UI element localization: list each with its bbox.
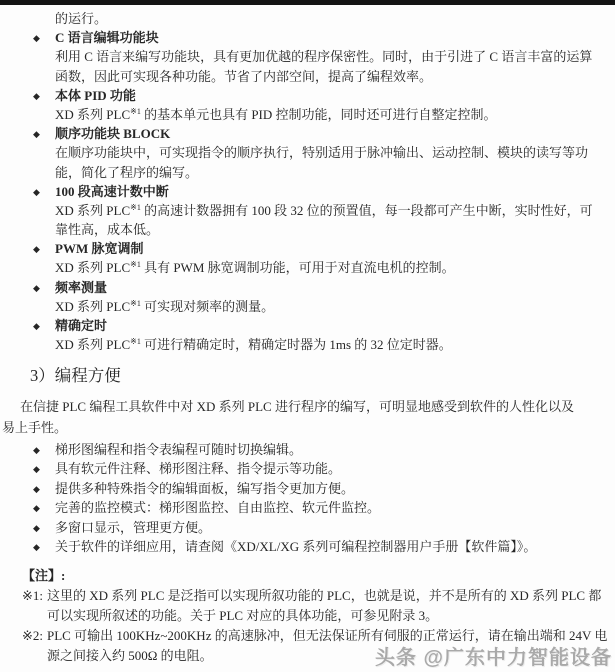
feature-title-frequency: ◆频率测量 [0,278,615,297]
diamond-bullet-icon: ◆ [0,460,55,479]
body-text: 的高速计数器拥有 100 段 32 位的预置值，每一段都可产生中断，实时性好，可 [141,203,593,218]
section-heading: 3）编程方便 [30,364,121,388]
note-reference: ※1 [130,107,141,116]
body-text: XD 系列 PLC [55,107,130,122]
list-item-text: 提供多种特殊指令的编辑面板，编写指令更加方便。 [55,481,354,496]
diamond-bullet-icon: ◆ [0,317,55,336]
list-item-text: 关于软件的详细应用，请查阅《XD/XL/XG 系列可编程控制器用户手册【软件篇】… [55,539,536,554]
feature-title-text: 本体 PID 功能 [55,88,136,103]
list-item: ◆完善的监控模式：梯形图监控、自由监控、软元件监控。 [0,498,615,517]
list-item-text: 梯形图编程和指令表编程可随时切换编辑。 [55,442,302,457]
feature-title-block: ◆顺序功能块 BLOCK [0,124,615,143]
feature-title-precise-timing: ◆精确定时 [0,316,615,335]
feature-title-text: 频率测量 [55,280,107,295]
diamond-bullet-icon: ◆ [0,480,55,499]
body-text: XD 系列 PLC [55,203,130,218]
feature-body-line: 在顺序功能块中，可实现指令的顺序执行，特别适用于脉冲输出、运动控制、模块的读写等… [0,143,615,162]
note-marker: ※2: [22,626,47,646]
body-text: XD 系列 PLC [55,260,130,275]
continuation-text: 的运行。 [0,9,615,28]
feature-body-line: XD 系列 PLC※1 的高速计数器拥有 100 段 32 位的预置值，每一段都… [0,201,615,220]
body-text: 可进行精确定时，精确定时器为 1ms 的 32 位定时器。 [141,337,452,352]
feature-title-counter-interrupt: ◆100 段高速计数中断 [0,182,615,201]
feature-title-text: 100 段高速计数中断 [55,184,169,199]
body-text: XD 系列 PLC [55,299,130,314]
list-item: ◆提供多种特殊指令的编辑面板，编写指令更加方便。 [0,479,615,498]
note-reference: ※1 [130,260,141,269]
diamond-bullet-icon: ◆ [0,240,55,259]
list-item-text: 多窗口显示，管理更方便。 [55,520,211,535]
section-intro-paragraph: 在信捷 PLC 编程工具软件中对 XD 系列 PLC 进行程序的编写，可明显地感… [2,396,613,438]
list-item-text: 完善的监控模式：梯形图监控、自由监控、软元件监控。 [55,500,380,515]
note-reference: ※1 [130,203,141,212]
diamond-bullet-icon: ◆ [0,29,55,48]
feature-body-line: 靠性高，成本低。 [0,220,615,239]
feature-body-line: 能，简化了程序的编写。 [0,163,615,182]
software-feature-list: ◆梯形图编程和指令表编程可随时切换编辑。 ◆具有软元件注释、梯形图注释、指令提示… [0,440,615,556]
feature-title-text: C 语言编辑功能块 [55,30,159,45]
note-line: ※1:这里的 XD 系列 PLC 是泛指可以实现所叙功能的 PLC，也就是说，并… [22,586,612,606]
body-text: 可实现对频率的测量。 [141,299,274,314]
body-text: 的基本单元也具有 PID 控制功能，同时还可进行自整定控制。 [141,107,497,122]
note-1: ※1:这里的 XD 系列 PLC 是泛指可以实现所叙功能的 PLC，也就是说，并… [22,586,612,626]
intro-line: 易上手性。 [2,417,613,438]
page-top-border [0,0,615,5]
list-item: ◆具有软元件注释、梯形图注释、指令提示等功能。 [0,459,615,478]
list-item: ◆关于软件的详细应用，请查阅《XD/XL/XG 系列可编程控制器用户手册【软件篇… [0,537,615,556]
diamond-bullet-icon: ◆ [0,279,55,298]
list-item-text: 具有软元件注释、梯形图注释、指令提示等功能。 [55,461,341,476]
watermark-text: 头条 @广东中力智能设备 [375,641,612,670]
feature-body-line: XD 系列 PLC※1 可实现对频率的测量。 [0,297,615,316]
feature-title-c-language: ◆C 语言编辑功能块 [0,28,615,47]
feature-body-line: XD 系列 PLC※1 具有 PWM 脉宽调制功能，可用于对直流电机的控制。 [0,258,615,277]
feature-title-text: 顺序功能块 BLOCK [55,126,170,141]
feature-body-line: 函数，因此可实现各种功能。节省了内部空间，提高了编程效率。 [0,67,615,86]
body-text: XD 系列 PLC [55,337,130,352]
diamond-bullet-icon: ◆ [0,87,55,106]
diamond-bullet-icon: ◆ [0,183,55,202]
feature-title-pid: ◆本体 PID 功能 [0,86,615,105]
diamond-bullet-icon: ◆ [0,499,55,518]
notes-heading: 【注】: [22,566,65,586]
feature-title-text: 精确定时 [55,318,107,333]
list-item: ◆梯形图编程和指令表编程可随时切换编辑。 [0,440,615,459]
feature-list: 的运行。 ◆C 语言编辑功能块 利用 C 语言来编写功能块，具有更加优越的程序保… [0,9,615,354]
feature-body-line: XD 系列 PLC※1 的基本单元也具有 PID 控制功能，同时还可进行自整定控… [0,105,615,124]
intro-line: 在信捷 PLC 编程工具软件中对 XD 系列 PLC 进行程序的编写，可明显地感… [2,396,613,417]
body-text: 具有 PWM 脉宽调制功能，可用于对直流电机的控制。 [141,260,455,275]
note-reference: ※1 [130,337,141,346]
diamond-bullet-icon: ◆ [0,519,55,538]
diamond-bullet-icon: ◆ [0,441,55,460]
note-reference: ※1 [130,299,141,308]
note-marker: ※1: [22,586,47,606]
note-line: 可以实现所叙述的功能。关于 PLC 对应的具体功能，可参见附录 3。 [22,606,612,626]
feature-title-text: PWM 脉宽调制 [55,241,143,256]
diamond-bullet-icon: ◆ [0,538,55,557]
feature-body-line: XD 系列 PLC※1 可进行精确定时，精确定时器为 1ms 的 32 位定时器… [0,335,615,354]
feature-body-line: 利用 C 语言来编写功能块，具有更加优越的程序保密性。同时，由于引进了 C 语言… [0,47,615,66]
note-text: 这里的 XD 系列 PLC 是泛指可以实现所叙功能的 PLC，也就是说，并不是所… [47,588,601,603]
feature-title-pwm: ◆PWM 脉宽调制 [0,239,615,258]
diamond-bullet-icon: ◆ [0,125,55,144]
list-item: ◆多窗口显示，管理更方便。 [0,518,615,537]
